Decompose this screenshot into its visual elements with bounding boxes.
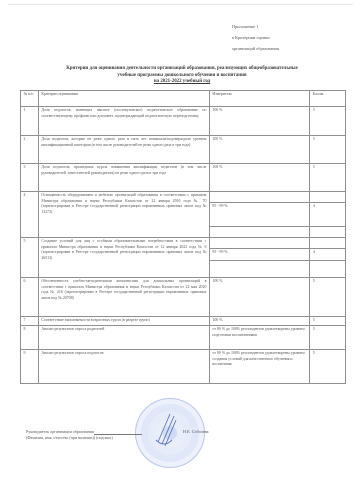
row-criterion: Доля педагогов, которые не реже одного р… — [38, 136, 209, 164]
signatory-name: Н.Е. Соболева — [183, 429, 209, 434]
table-row: 5 Создание условий для лиц с особыми обр… — [21, 238, 346, 249]
row-measure: 100 % — [209, 136, 309, 164]
row-criterion: Доля педагогов, имеющих высшее (послевуз… — [38, 107, 209, 136]
row-score: 4 — [310, 203, 346, 227]
appendix-note: Приложение 1 к Критериям оценки организа… — [232, 21, 279, 54]
title-line-1: Критерии для оценивания деятельности орг… — [16, 66, 348, 73]
row-num: 9 — [21, 350, 39, 384]
row-measure-empty — [209, 227, 309, 238]
table-row: 9 Анализ результатов опроса педагогов от… — [21, 350, 346, 384]
signature-role: Руководитель организации образования — [26, 429, 94, 434]
row-score: 5 — [310, 317, 346, 326]
row-criterion: Создание условий для лиц с особыми образ… — [38, 238, 209, 278]
row-criterion: Анализ результатов опроса педагогов — [38, 350, 209, 384]
header-num: № п/п — [21, 91, 39, 107]
row-num: 5 — [21, 238, 39, 278]
row-score: 5 — [310, 278, 346, 317]
row-score-empty — [310, 261, 346, 278]
criteria-table: № п/п Критерии оценивания Измеритель Бал… — [20, 90, 346, 384]
table-row: 3 Доля педагогов, прошедших курсы повыше… — [21, 164, 346, 192]
table-row: 4 Оснащенность оборудованием и мебелью о… — [21, 192, 346, 203]
appendix-line-3: организаций образования — [232, 43, 279, 54]
row-measure: от 80 % до 100% респондентов удовлетворе… — [209, 350, 309, 384]
row-score: 5 — [310, 350, 346, 384]
row-measure: 100 % — [209, 278, 309, 317]
table-row: 2 Доля педагогов, которые не реже одного… — [21, 136, 346, 164]
row-criterion: Доля педагогов, прошедших курсы повышени… — [38, 164, 209, 192]
row-measure: 100 % — [209, 107, 309, 136]
header-score: Баллы — [310, 91, 346, 107]
appendix-line-2: к Критериям оценки — [232, 32, 279, 43]
appendix-line-1: Приложение 1 — [232, 21, 279, 32]
row-measure: 100 % — [209, 317, 309, 326]
row-score-empty — [310, 238, 346, 249]
row-score: 5 — [310, 164, 346, 192]
header-measure: Измеритель — [209, 91, 309, 107]
row-num: 6 — [21, 278, 39, 317]
title-line-3: на 2021-2022 учебный год — [16, 79, 348, 86]
table-row: 7 Соответствие наполняемости возрастных … — [21, 317, 346, 326]
table-row: 1 Доля педагогов, имеющих высшее (послев… — [21, 107, 346, 136]
header-criterion: Критерии оценивания — [38, 91, 209, 107]
page-top-edge — [8, 4, 353, 5]
row-num: 2 — [21, 136, 39, 164]
title-line-2: учебные программы дошкольного обучения и… — [16, 73, 348, 80]
row-score: 5 — [310, 326, 346, 350]
row-num: 3 — [21, 164, 39, 192]
row-measure: 95 - 99 % — [209, 203, 309, 227]
row-score: 4 — [310, 249, 346, 261]
row-measure: от 80 % до 100% респондентов удовлетворе… — [209, 326, 309, 350]
row-score-empty — [310, 192, 346, 203]
row-criterion: Обеспеченность учебно-методическими комп… — [38, 278, 209, 317]
row-measure-empty — [209, 261, 309, 278]
row-measure: 95 - 99 % — [209, 249, 309, 261]
row-criterion: Анализ результатов опроса родителей — [38, 326, 209, 350]
row-criterion: Оснащенность оборудованием и мебелью орг… — [38, 192, 209, 238]
row-num: 7 — [21, 317, 39, 326]
row-num: 4 — [21, 192, 39, 238]
table-row: 8 Анализ результатов опроса родителей от… — [21, 326, 346, 350]
row-criterion: Соответствие наполняемости возрастных гр… — [38, 317, 209, 326]
table-header-row: № п/п Критерии оценивания Измеритель Бал… — [21, 91, 346, 107]
row-score: 5 — [310, 136, 346, 164]
signature-hint: (Фамилия, имя, отчество (при наличии)) (… — [26, 435, 142, 441]
row-measure: 100 % — [209, 164, 309, 192]
row-num: 1 — [21, 107, 39, 136]
table-row: 6 Обеспеченность учебно-методическими ко… — [21, 278, 346, 317]
row-score: 5 — [310, 107, 346, 136]
document-title: Критерии для оценивания деятельности орг… — [16, 66, 348, 86]
row-measure-empty — [209, 192, 309, 203]
signature-block: Руководитель организации образования (Фа… — [26, 429, 142, 441]
row-score-empty — [310, 227, 346, 238]
row-measure-empty — [209, 238, 309, 249]
row-num: 8 — [21, 326, 39, 350]
